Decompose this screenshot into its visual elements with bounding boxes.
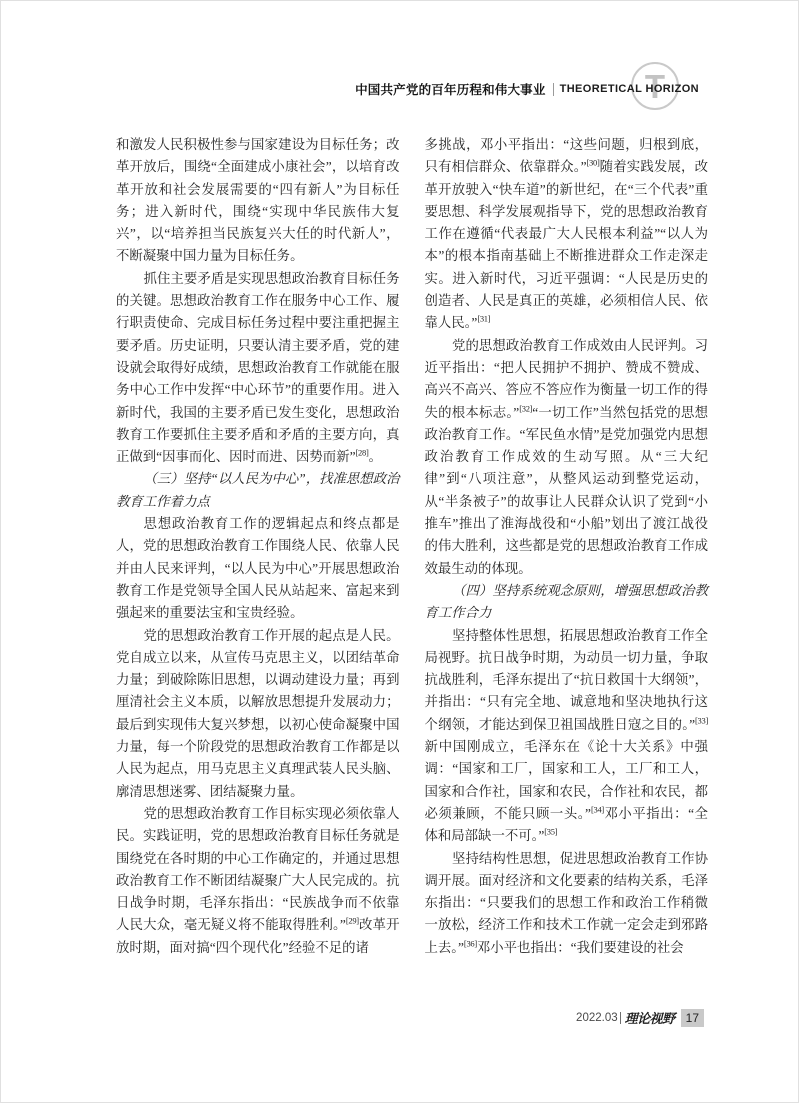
running-head: 中国共产党的百年历程和伟大事业 THEORETICAL HORIZON (355, 80, 699, 98)
journal-name: 理论视野 (625, 1008, 675, 1027)
page-footer: 2022.03 理论视野 17 (576, 1008, 704, 1027)
paragraph: 坚持结构性思想，促进思想政治教育工作协调开展。面对经济和文化要素的结构关系，毛泽… (425, 848, 709, 959)
section-heading-3: （三）坚持“以人民为中心”，找准思想政治教育工作着力点 (116, 468, 400, 513)
paragraph: 党的思想政治教育工作成效由人民评判。习近平指出：“把人民拥护不拥护、赞成不赞成、… (425, 335, 709, 580)
article-body: 和激发人民积极性参与国家建设为目标任务；改革开放后，围绕“全面建成小康社会”，以… (116, 134, 708, 959)
paragraph: 党的思想政治教育工作开展的起点是人民。党自成立以来，从宣传马克思主义，以团结革命… (116, 625, 400, 803)
running-head-title-en: THEORETICAL HORIZON (560, 83, 699, 95)
paragraph-continued: 和激发人民积极性参与国家建设为目标任务；改革开放后，围绕“全面建成小康社会”，以… (116, 134, 400, 268)
header-divider (553, 83, 554, 96)
right-column: 多挑战，邓小平指出：“这些问题，归根到底，只有相信群众、依靠群众。”[30]随着… (425, 134, 709, 959)
paragraph-continued: 多挑战，邓小平指出：“这些问题，归根到底，只有相信群众、依靠群众。”[30]随着… (425, 134, 709, 335)
section-heading-4: （四）坚持系统观念原则，增强思想政治教育工作合力 (425, 580, 709, 625)
running-head-title-cn: 中国共产党的百年历程和伟大事业 (355, 80, 546, 98)
paragraph: 党的思想政治教育工作目标实现必须依靠人民。实践证明，党的思想政治教育目标任务就是… (116, 803, 400, 959)
footer-divider (620, 1012, 621, 1024)
issue-date: 2022.03 (576, 1012, 618, 1024)
paragraph: 坚持整体性思想，拓展思想政治教育工作全局视野。抗日战争时期，为动员一切力量，争取… (425, 625, 709, 848)
journal-page: T 中国共产党的百年历程和伟大事业 THEORETICAL HORIZON 和激… (0, 0, 799, 1103)
page-number: 17 (681, 1009, 704, 1027)
page-header: T 中国共产党的百年历程和伟大事业 THEORETICAL HORIZON (1, 1, 798, 121)
paragraph: 抓住主要矛盾是实现思想政治教育目标任务的关键。思想政治教育工作在服务中心工作、履… (116, 268, 400, 469)
left-column: 和激发人民积极性参与国家建设为目标任务；改革开放后，围绕“全面建成小康社会”，以… (116, 134, 400, 959)
paragraph: 思想政治教育工作的逻辑起点和终点都是人，党的思想政治教育工作围绕人民、依靠人民并… (116, 513, 400, 624)
